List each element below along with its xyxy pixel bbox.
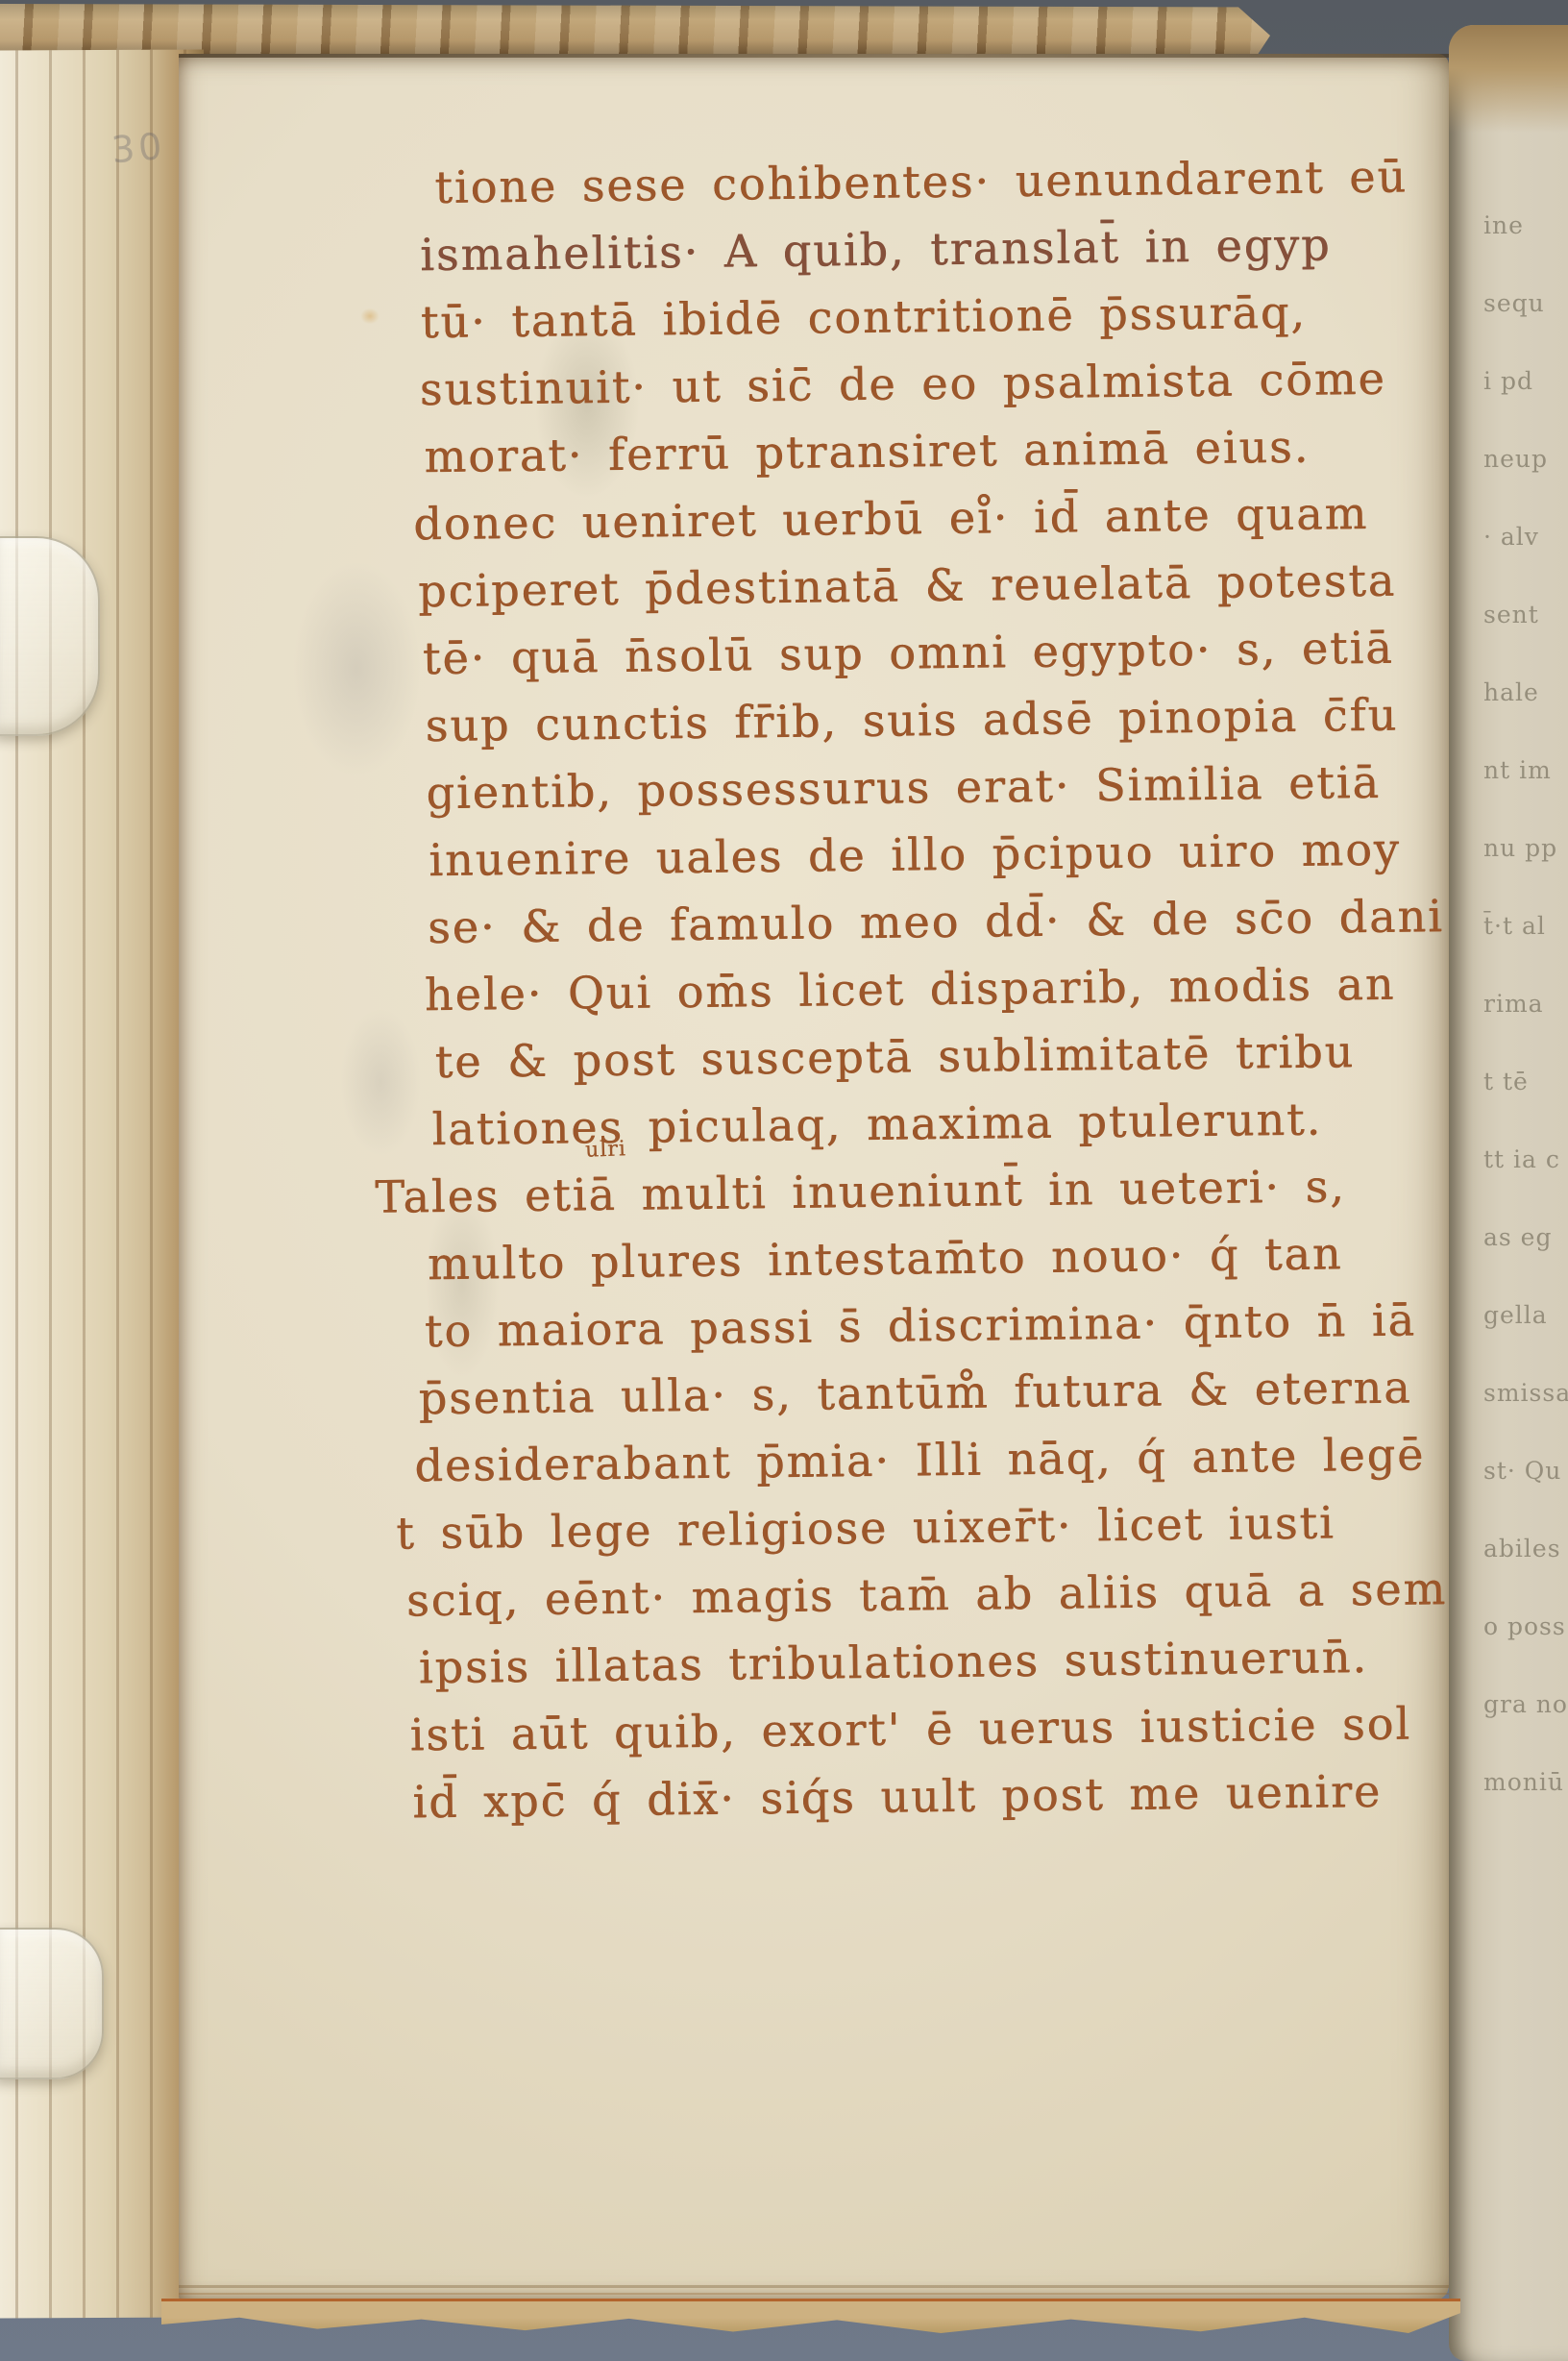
next-page-text-fragment: tt ia c	[1449, 1120, 1568, 1198]
manuscript-line: sciq, eēnt· magis tam̄ ab aliis quā a se…	[406, 1555, 1483, 1635]
next-page-text-fragment: gra no	[1449, 1665, 1568, 1743]
next-page-text-fragment: nt im	[1449, 731, 1568, 809]
next-page-text-fragment: hale	[1449, 653, 1568, 731]
next-page-text-fragment: sent	[1449, 576, 1568, 653]
manuscript-line: donec ueniret uerbū ei̊· id̄ ante quam	[413, 479, 1471, 557]
next-page-text-fragment: o poss	[1449, 1587, 1568, 1665]
page-bottom-deckle-edge	[161, 2299, 1460, 2333]
photo-background: tione sese cohibentes· uenundarent eūism…	[0, 0, 1568, 2361]
manuscript-line: tione sese cohibentes· uenundarent eū	[434, 142, 1467, 221]
manuscript-line: ismahelitis· A quib, translat̄ in egyp	[420, 209, 1468, 288]
manuscript-line: gientib, possessurus erat· Similia etiā	[426, 748, 1474, 826]
next-page-text-fragment: rima	[1449, 965, 1568, 1043]
manuscript-line: to maiora passi s̄ discrimina· q̄nto n̄ …	[425, 1286, 1481, 1365]
manuscript-line: sustinuit· ut sic̄ de eo psalmista cōme	[419, 344, 1469, 423]
manuscript-page: tione sese cohibentes· uenundarent eūism…	[179, 54, 1449, 2300]
manuscript-line: id̄ xpc̄ q́ dix̄· siq́s uult post me uen…	[412, 1757, 1485, 1836]
manuscript-text-block: tione sese cohibentes· uenundarent eūism…	[419, 142, 1485, 1835]
next-page-text-fragment: as eg	[1449, 1198, 1568, 1276]
next-page-text-fragment: st· Qu	[1449, 1432, 1568, 1510]
next-page-showthrough-text: inesequi pdneup· alvsenthalent imnu ppt̄…	[1449, 25, 1568, 2361]
next-page-text-fragment: nu pp	[1449, 809, 1568, 887]
bookmark-tab-lower	[0, 1928, 104, 2079]
next-page-text-fragment: smissa	[1449, 1354, 1568, 1432]
next-page-fore-edge: inesequi pdneup· alvsenthalent imnu ppt̄…	[1449, 25, 1568, 2361]
manuscript-line: tū· tantā ibidē contritionē p̄ssurāq,	[421, 277, 1469, 356]
manuscript-line: inuenire uales de illo p̄cipuo uiro moy	[429, 815, 1475, 894]
bookmark-tab-upper	[0, 536, 100, 736]
parchment-stain	[323, 976, 438, 1188]
next-page-text-fragment: t̄·t al	[1449, 887, 1568, 965]
parchment-stain	[357, 306, 382, 327]
manuscript-line: hele· Qui om̄s licet disparib, modis an	[425, 949, 1477, 1028]
manuscript-line: t sūb lege religiose uixer̄t· licet iust…	[396, 1488, 1482, 1567]
next-page-text-fragment: sequ	[1449, 264, 1568, 342]
manuscript-line: pciperet p̄destinatā & reuelatā potesta	[418, 546, 1472, 625]
manuscript-line: Tales etiā multi inueniunt̄ in ueteri· s…	[375, 1151, 1479, 1231]
manuscript-line: p̄sentia ulla· s, tantūm̊ futura & etern…	[418, 1353, 1481, 1433]
manuscript-line: morat· ferrū ptransiret animā eius.	[424, 411, 1470, 490]
manuscript-line: te & post susceptā sublimitatē tribu	[434, 1017, 1477, 1095]
manuscript-line: ipsis illatas tribulationes sustinuerun̄…	[418, 1622, 1483, 1702]
next-page-text-fragment: · alv	[1449, 498, 1568, 576]
next-page-text-fragment: t tē	[1449, 1043, 1568, 1120]
next-page-text-fragment: neup	[1449, 420, 1568, 498]
manuscript-line: se· & de famulo meo dd̄· & de sc̄o dani	[428, 882, 1476, 961]
next-page-text-fragment: gella	[1449, 1276, 1568, 1354]
next-page-text-fragment: i pd	[1449, 342, 1568, 420]
next-page-text-fragment: moniū	[1449, 1743, 1568, 1821]
manuscript-line: tē· quā n̄solū sup omni egypto· s, etiā	[423, 613, 1473, 692]
next-page-text-fragment: ine	[1449, 186, 1568, 264]
manuscript-line: isti aūt quib, exort' ē uerus iusticie s…	[409, 1689, 1484, 1769]
next-page-text-fragment: abiles	[1449, 1510, 1568, 1587]
manuscript-line: desiderabant p̄mia· Illi nāq, q́ ante le…	[414, 1420, 1482, 1500]
interlinear-insertion: ulri	[585, 1137, 627, 1162]
manuscript-line: multo plures intestam̄to nouo· q́ tan	[428, 1218, 1480, 1297]
manuscript-line: sup cunctis fr̄ib, suis adsē pinopia c̄f…	[425, 680, 1473, 759]
folio-number: 30	[110, 125, 167, 172]
